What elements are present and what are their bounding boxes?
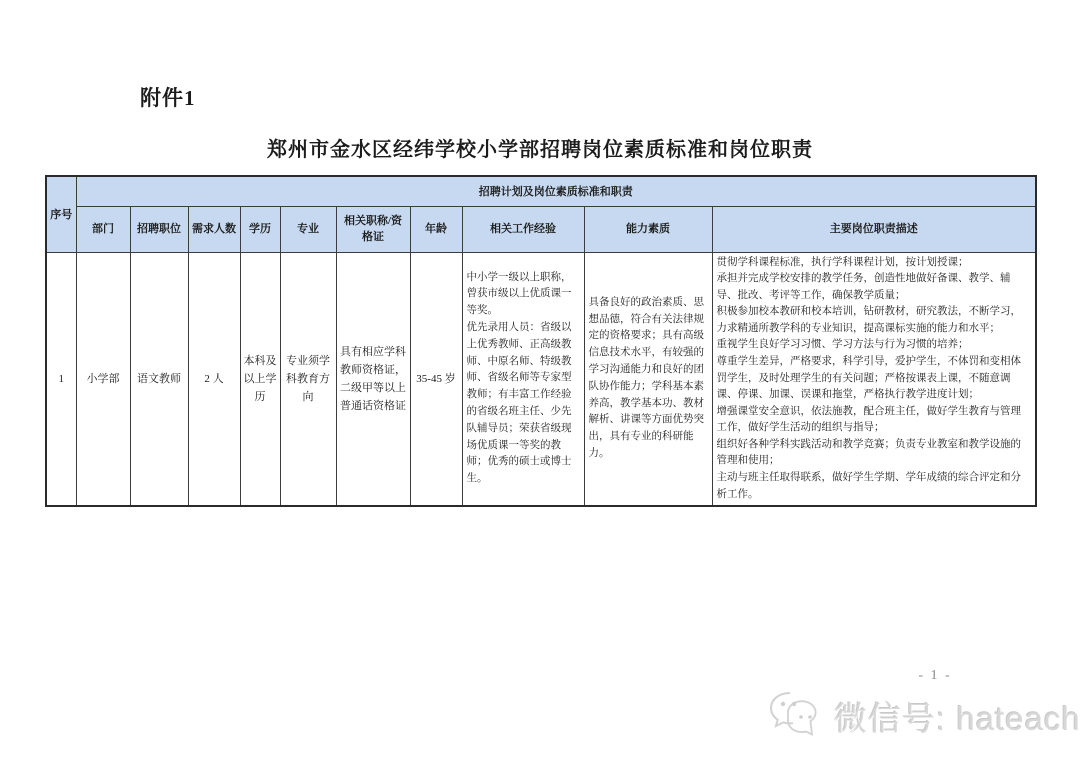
cell-headcount: 2 人 [188,252,240,506]
table-row: 1 小学部 语文教师 2 人 本科及以上学历 专业须学科教育方向 具有相应学科教… [46,252,1036,506]
column-header-duties: 主要岗位职责描述 [712,206,1036,252]
duty-item: 重视学生良好学习习惯、学习方法与行为习惯的培养； [717,337,1032,354]
cell-education: 本科及以上学历 [240,252,280,506]
duty-item: 承担并完成学校安排的教学任务，创造性地做好备课、教学、辅导、批改、考评等工作，确… [717,271,1032,304]
column-header-education: 学历 [240,206,280,252]
table-header-columns-row: 部门 招聘职位 需求人数 学历 专业 相关职称/资格证 年龄 相关工作经验 能力… [46,206,1036,252]
cell-department: 小学部 [76,252,130,506]
duty-item: 贯彻学科课程标准，执行学科课程计划，按计划授课； [717,255,1032,272]
duty-item: 主动与班主任取得联系，做好学生学期、学年成绩的综合评定和分析工作。 [717,470,1032,503]
cell-major: 专业须学科教育方向 [280,252,336,506]
attachment-label: 附件1 [140,82,196,112]
cell-age: 35-45 岁 [410,252,462,506]
document-page: 附件1 郑州市金水区经纬学校小学部招聘岗位素质标准和岗位职责 序号 招聘计划及岗… [0,0,1080,764]
cell-experience: 中小学一级以上职称，曾获市级以上优质课一等奖。 优先录用人员：省级以上优秀教师、… [462,252,584,506]
watermark: 微信号: hateacher [768,690,1080,742]
duty-item: 增强课堂安全意识，依法施教，配合班主任，做好学生教育与管理工作，做好学生活动的组… [717,404,1032,437]
experience-paragraph: 优先录用人员：省级以上优秀教师、正高级教师、中原名师、特级教师、省级名师等专家型… [467,320,580,488]
duty-item: 尊重学生差异，严格要求，科学引导，爱护学生，不体罚和变相体罚学生，及时处理学生的… [717,354,1032,404]
cell-seq: 1 [46,252,76,506]
cell-certificate: 具有相应学科教师资格证，二级甲等以上普通话资格证 [336,252,410,506]
column-header-ability: 能力素质 [584,206,712,252]
column-header-position: 招聘职位 [130,206,188,252]
column-header-major: 专业 [280,206,336,252]
cell-position: 语文教师 [130,252,188,506]
watermark-text: 微信号: hateacher [834,693,1080,740]
page-title: 郑州市金水区经纬学校小学部招聘岗位素质标准和岗位职责 [0,133,1080,162]
column-header-certificate: 相关职称/资格证 [336,206,410,252]
column-header-headcount: 需求人数 [188,206,240,252]
table-group-header: 招聘计划及岗位素质标准和职责 [76,176,1036,206]
table-header-group-row: 序号 招聘计划及岗位素质标准和职责 [46,176,1036,206]
column-header-experience: 相关工作经验 [462,206,584,252]
wechat-icon [768,690,826,742]
column-header-age: 年龄 [410,206,462,252]
page-number: - 1 - [870,668,1000,684]
duty-item: 组织好各种学科实践活动和教学竞赛；负责专业教室和教学设施的管理和使用； [717,437,1032,470]
column-header-department: 部门 [76,206,130,252]
cell-ability: 具备良好的政治素质、思想品德，符合有关法律规定的资格要求；具有高级信息技术水平，… [584,252,712,506]
experience-paragraph: 中小学一级以上职称，曾获市级以上优质课一等奖。 [467,270,580,320]
cell-duties: 贯彻学科课程标准，执行学科课程计划，按计划授课； 承担并完成学校安排的教学任务，… [712,252,1036,506]
recruitment-table: 序号 招聘计划及岗位素质标准和职责 部门 招聘职位 需求人数 学历 专业 相关职… [45,175,1037,507]
duty-item: 积极参加校本教研和校本培训，钻研教材，研究教法，不断学习，力求精通所教学科的专业… [717,304,1032,337]
column-header-seq: 序号 [46,176,76,252]
